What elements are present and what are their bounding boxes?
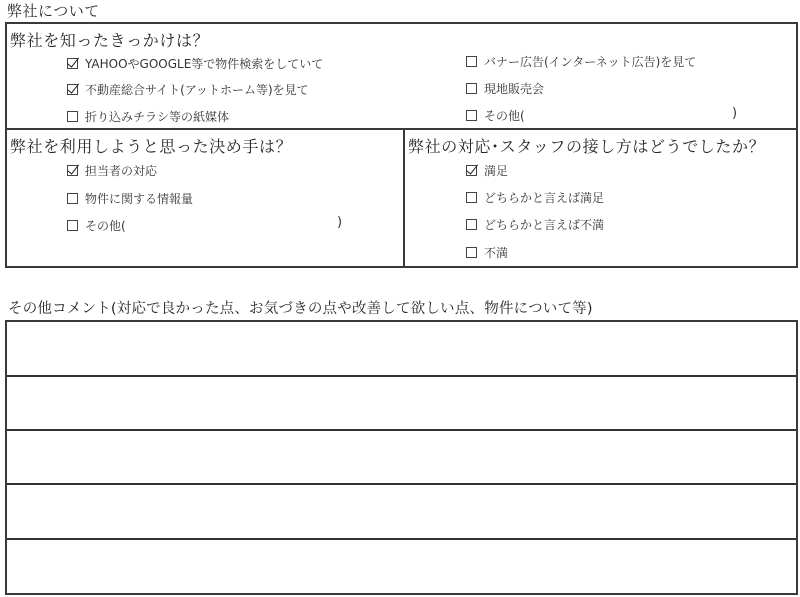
checkbox-icon[interactable] <box>466 56 477 67</box>
checkbox-icon[interactable] <box>466 247 477 258</box>
checkbox-icon[interactable] <box>466 83 477 94</box>
checkbox-icon[interactable] <box>466 110 477 121</box>
option-real-estate-portal[interactable]: 不動産総合サイト(アットホーム等)を見て <box>67 81 309 97</box>
option-other-how-found[interactable]: その他( <box>466 107 525 123</box>
option-banner-ad[interactable]: バナー広告(インターネット広告)を見て <box>466 53 696 69</box>
checkbox-checked-icon[interactable] <box>67 84 78 95</box>
comment-line-5[interactable] <box>7 539 796 594</box>
option-label: 不動産総合サイト(アットホーム等)を見て <box>85 81 309 98</box>
option-other-deciding[interactable]: その他( <box>67 217 126 233</box>
checkbox-icon[interactable] <box>466 192 477 203</box>
other-close-paren: ) <box>732 106 737 121</box>
comment-line-3[interactable] <box>7 430 796 485</box>
option-open-house[interactable]: 現地販売会 <box>466 80 544 96</box>
option-label: 担当者の対応 <box>85 162 157 179</box>
checkbox-checked-icon[interactable] <box>67 165 78 176</box>
comment-line-4[interactable] <box>7 485 796 540</box>
option-property-info[interactable]: 物件に関する情報量 <box>67 190 193 206</box>
option-label: 不満 <box>484 244 508 261</box>
staff-attitude-question: 弊社の対応･スタッフの接し方はどうでしたか？ <box>408 134 765 157</box>
option-search-engine[interactable]: YAHOOやGOOGLE等で物件検索をしていて <box>67 55 323 71</box>
page-title: 弊社について <box>7 0 100 21</box>
checkbox-checked-icon[interactable] <box>466 165 477 176</box>
deciding-factor-question: 弊社を利用しようと思った決め手は？ <box>10 134 292 157</box>
comment-line-1[interactable] <box>7 322 796 377</box>
checkbox-checked-icon[interactable] <box>67 58 78 69</box>
option-dissatisfied[interactable]: 不満 <box>466 244 508 260</box>
option-label: どちらかと言えば不満 <box>484 216 604 233</box>
comments-label: その他コメント(対応で良かった点、お気づきの点や改善して欲しい点、物件について等… <box>8 297 593 318</box>
checkbox-icon[interactable] <box>466 219 477 230</box>
option-somewhat-satisfied[interactable]: どちらかと言えば満足 <box>466 189 604 205</box>
option-label: 現地販売会 <box>484 80 544 97</box>
option-label: バナー広告(インターネット広告)を見て <box>484 53 696 70</box>
option-label: 折り込みチラシ等の紙媒体 <box>85 108 229 125</box>
option-label: その他( <box>85 217 126 234</box>
option-label: YAHOOやGOOGLE等で物件検索をしていて <box>85 55 323 72</box>
option-label: どちらかと言えば満足 <box>484 189 604 206</box>
other-close-paren: ) <box>337 215 342 230</box>
comments-box <box>5 320 798 595</box>
option-label: 物件に関する情報量 <box>85 190 193 207</box>
comment-line-2[interactable] <box>7 376 796 431</box>
option-label: 満足 <box>484 162 508 179</box>
checkbox-icon[interactable] <box>67 220 78 231</box>
how-found-question: 弊社を知ったきっかけは？ <box>10 28 209 51</box>
option-somewhat-dissatisfied[interactable]: どちらかと言えば不満 <box>466 216 604 232</box>
option-satisfied[interactable]: 満足 <box>466 162 508 178</box>
checkbox-icon[interactable] <box>67 193 78 204</box>
option-staff-response[interactable]: 担当者の対応 <box>67 162 157 178</box>
checkbox-icon[interactable] <box>67 111 78 122</box>
option-label: その他( <box>484 107 525 124</box>
option-flyer[interactable]: 折り込みチラシ等の紙媒体 <box>67 108 229 124</box>
